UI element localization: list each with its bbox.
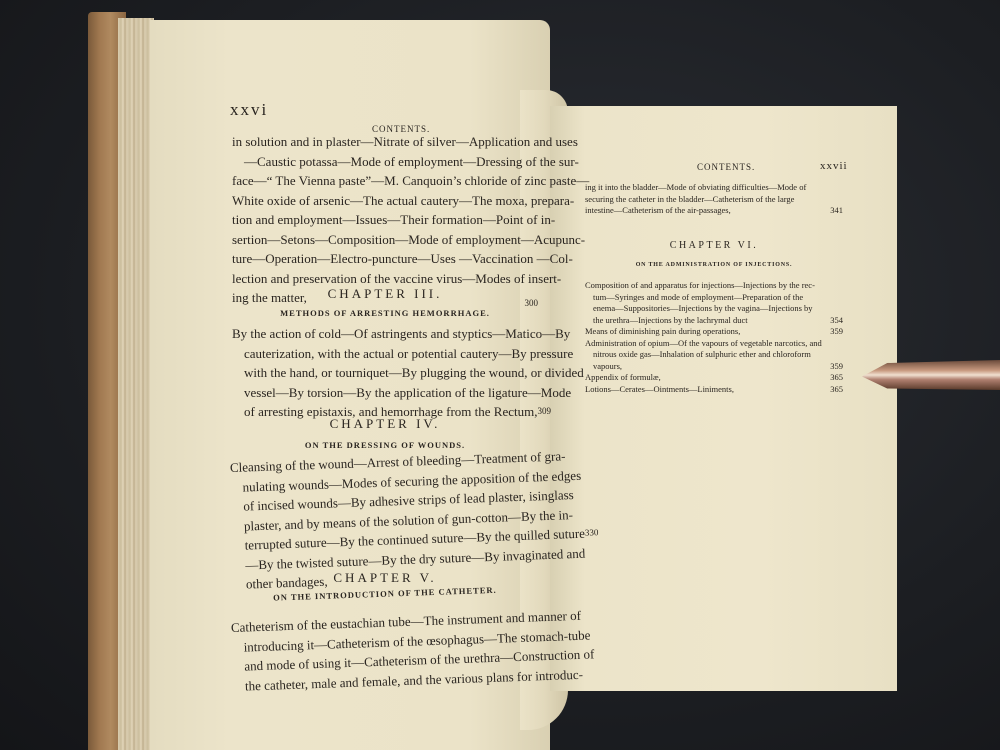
toc-line: Appendix of formulæ, <box>585 372 661 384</box>
right-running-head: CONTENTS. <box>697 162 755 172</box>
toc-line: sertion—Setons—Composition—Mode of emplo… <box>232 230 538 250</box>
toc-line: Administration of opium—Of the vapours o… <box>585 338 843 350</box>
chapter-entries: Composition of and apparatus for injecti… <box>585 280 843 395</box>
toc-line: intestine—Catheterism of the air-passage… <box>585 205 731 217</box>
toc-line: enema—Suppositories—Injections by the va… <box>585 303 843 315</box>
chapter-title: CHAPTER VI. <box>585 240 843 251</box>
toc-line: —Caustic potassa—Mode of employment—Dres… <box>232 152 538 172</box>
toc-line: face—“ The Vienna paste”—M. Canquoin’s c… <box>232 171 538 191</box>
toc-line: cauterization, with the actual or potent… <box>232 344 538 364</box>
page-ref: 341 <box>830 205 843 217</box>
page-ref: 365 <box>830 384 843 396</box>
toc-line: By the action of cold—Of astringents and… <box>232 324 538 344</box>
toc-line: the urethra—Injections by the lachrymal … <box>593 315 748 327</box>
page-stack <box>118 18 154 750</box>
page-ref: 309 <box>538 402 552 422</box>
toc-line: securing the catheter in the bladder—Cat… <box>585 194 843 206</box>
toc-line: tion and employment—Issues—Their formati… <box>232 210 538 230</box>
chapter-title: CHAPTER V. <box>232 570 538 586</box>
toc-line: Means of diminishing pain during operati… <box>585 326 740 338</box>
page-ref: 359 <box>830 326 843 338</box>
toc-line: ing it into the bladder—Mode of obviatin… <box>585 182 843 194</box>
page-ref: 365 <box>830 372 843 384</box>
toc-line: vapours, <box>593 361 622 373</box>
toc-line: in solution and in plaster—Nitrate of si… <box>232 132 538 152</box>
chapter-subtitle: ON THE ADMINISTRATION OF INJECTIONS. <box>585 262 843 268</box>
chapter-subtitle: METHODS OF ARRESTING HEMORRHAGE. <box>232 308 538 318</box>
right-page-number: xxvii <box>820 160 848 172</box>
page-ref: 330 <box>585 523 599 543</box>
page-ref: 359 <box>830 361 843 373</box>
chapter-title: CHAPTER IV. <box>232 416 538 432</box>
chapter-title: CHAPTER III. <box>232 286 538 302</box>
toc-line: vessel—By torsion—By the application of … <box>232 383 538 403</box>
toc-line: Composition of and apparatus for injecti… <box>585 280 843 292</box>
page-ref: 354 <box>830 315 843 327</box>
chapter-entry: By the action of cold—Of astringents and… <box>232 324 538 422</box>
toc-line: ture—Operation—Electro-puncture—Uses —Va… <box>232 249 538 269</box>
chapter-entry: Catheterism of the eustachian tube—The i… <box>231 607 540 696</box>
toc-line: White oxide of arsenic—The actual cauter… <box>232 191 538 211</box>
right-continuation: ing it into the bladder—Mode of obviatin… <box>585 182 843 217</box>
toc-line: nitrous oxide gas—Inhalation of sulphuri… <box>585 349 843 361</box>
toc-line: tum—Syringes and mode of employment—Prep… <box>585 292 843 304</box>
toc-line: with the hand, or tourniquet—By plugging… <box>232 363 538 383</box>
toc-line: Lotions—Cerates—Ointments—Liniments, <box>585 384 734 396</box>
left-page-number: xxvi <box>230 100 268 120</box>
